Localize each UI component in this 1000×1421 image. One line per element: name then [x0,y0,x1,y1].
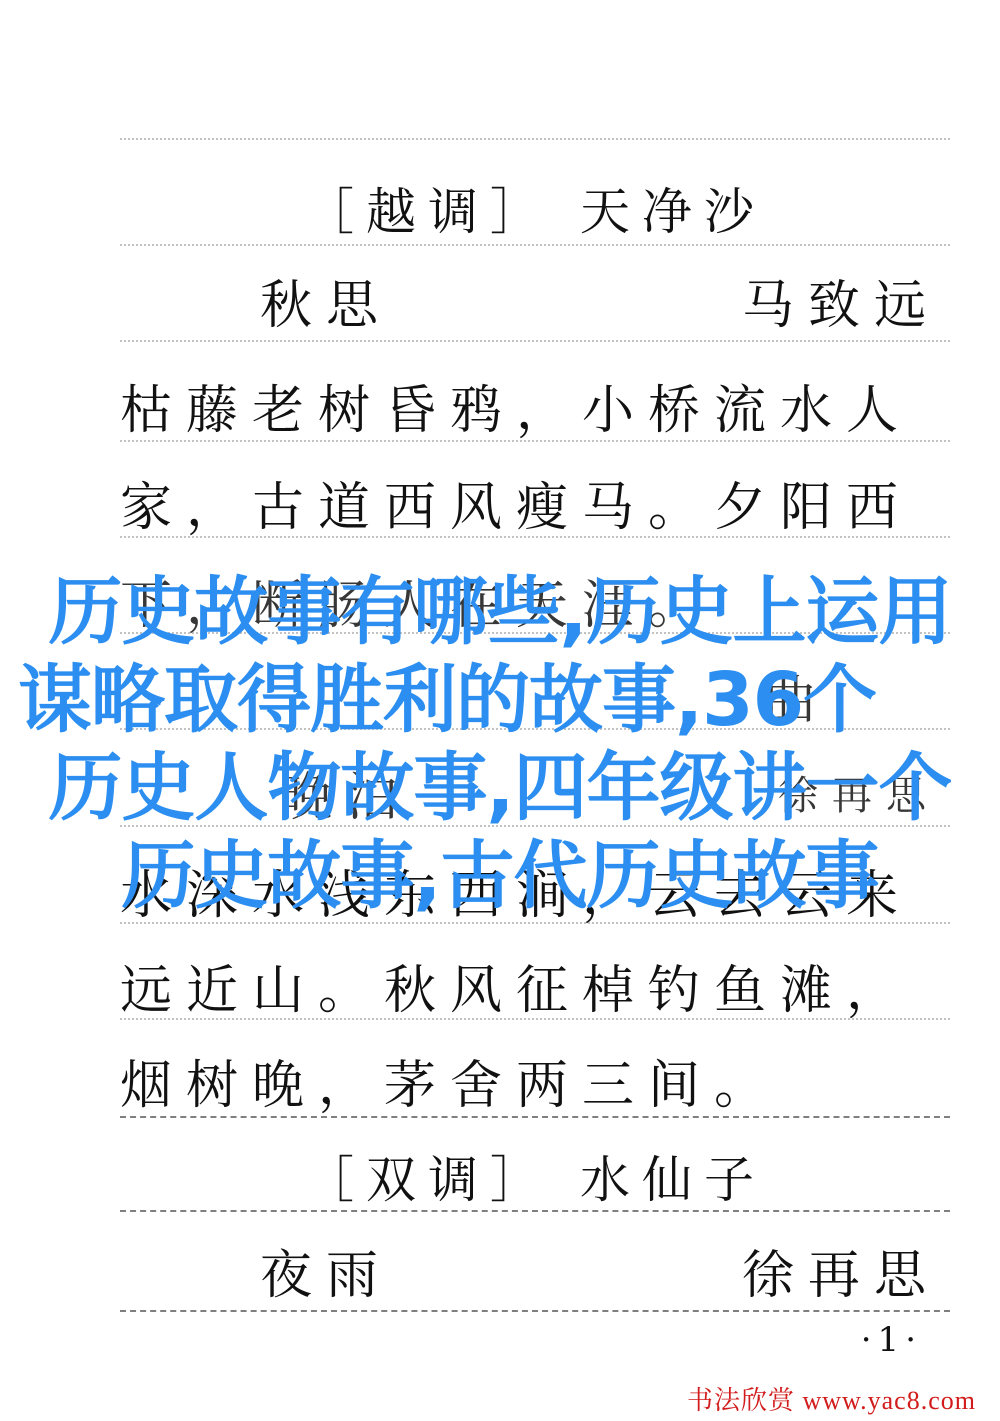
overlay-line-2: 谋略取得胜利的故事,36个 [0,656,1000,744]
poem3-line-2: 远近山。秋风征棹钓鱼滩， [120,945,950,1025]
poem1-title-row: 秋思 马致远 [120,260,950,340]
poem1-title: 秋思 [260,263,392,338]
poem4-title: 夜雨 [260,1233,392,1308]
overlay-headline: 历史故事有哪些,历史上运用 谋略取得胜利的故事,36个 历史人物故事,四年级讲一… [0,568,1000,920]
poem4-header-text: ［双调］ 水仙子 [304,1140,766,1212]
dotted-rule [120,138,950,140]
dotted-rule [120,440,950,442]
overlay-line-3: 历史人物故事,四年级讲一个 [0,744,1000,832]
page-number: ·1· [861,1320,922,1360]
poem4-author: 徐再思 [742,1233,940,1308]
overlay-line-4: 历史故事,古代历史故事 [0,832,1000,920]
poem4-title-row: 夜雨 徐再思 [120,1230,950,1310]
dotted-rule [120,922,950,924]
dotted-rule [120,1310,950,1312]
dotted-rule [120,340,950,342]
poem4-header: ［双调］ 水仙子 [120,1136,950,1216]
poem-line-text: 枯藤老树昏鸦，小桥流水人 [120,368,912,443]
overlay-line-1: 历史故事有哪些,历史上运用 [0,568,1000,656]
dotted-rule [120,1018,950,1020]
scanned-book-page: ［越调］ 天净沙 秋思 马致远 枯藤老树昏鸦，小桥流水人 家，古道西风瘦马。夕阳… [0,0,1000,1421]
poem1-header: ［越调］ 天净沙 [120,168,950,248]
poem-line-text: 烟树晚，茅舍两三间。 [120,1043,780,1118]
poem3-line-3: 烟树晚，茅舍两三间。 [120,1040,950,1120]
dotted-rule [120,244,950,246]
poem1-line-2: 家，古道西风瘦马。夕阳西 [120,462,950,542]
poem1-line-1: 枯藤老树昏鸦，小桥流水人 [120,365,950,445]
dotted-rule [120,1210,950,1212]
poem1-header-text: ［越调］ 天净沙 [304,172,766,244]
poem-line-text: 家，古道西风瘦马。夕阳西 [120,465,912,540]
site-watermark: 书法欣赏 www.yac8.com [681,1378,982,1419]
poem-line-text: 远近山。秋风征棹钓鱼滩， [120,948,912,1023]
dotted-rule [120,1116,950,1118]
dotted-rule [120,536,950,538]
poem1-author: 马致远 [742,263,940,338]
